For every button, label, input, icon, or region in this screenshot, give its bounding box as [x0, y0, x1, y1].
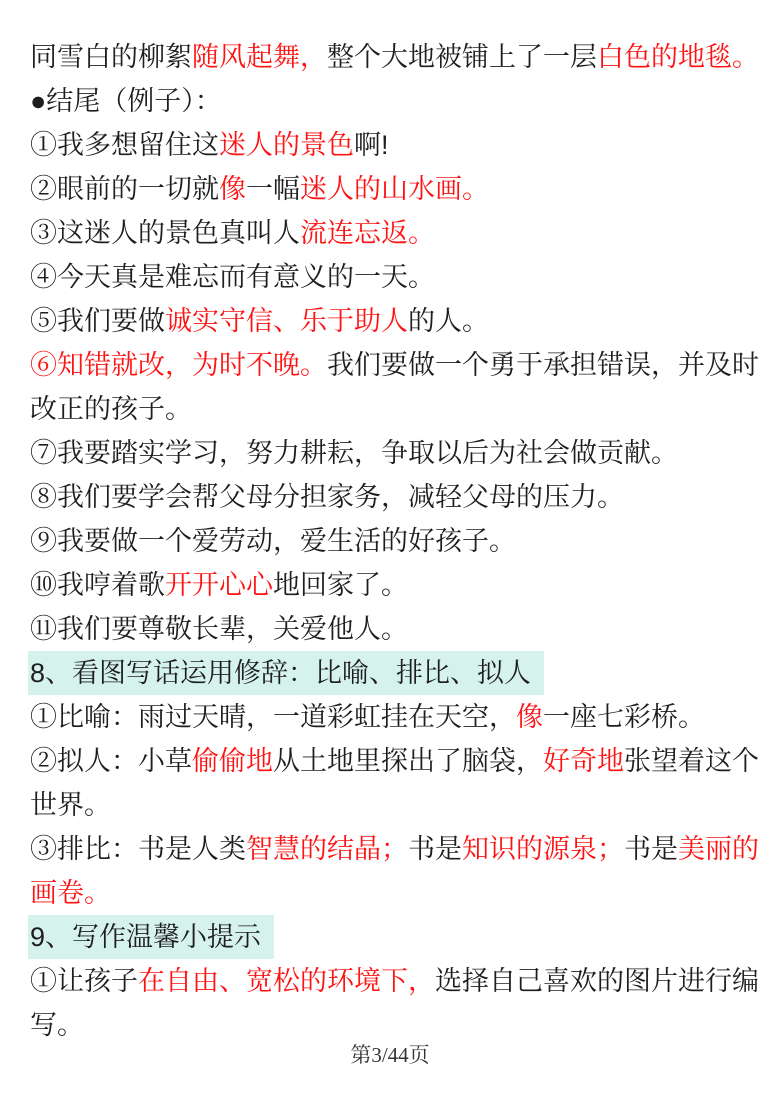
text-segment: 随风起舞，: [192, 42, 327, 72]
text-segment: 在自由、宽松的环境下，: [138, 966, 435, 996]
text-segment: 美丽的: [678, 834, 759, 864]
text-segment: ⑩我哼着歌: [30, 570, 165, 600]
text-line: ①让孩子在自由、宽松的环境下，选择自己喜欢的图片进行编: [30, 959, 770, 1003]
text-segment: 写。: [30, 1010, 84, 1040]
text-segment: 8、看图写话运用修辞：比喻、排比、拟人: [30, 658, 531, 688]
text-segment: 一座七彩桥。: [543, 702, 705, 732]
text-line: ③排比：书是人类智慧的结晶；书是知识的源泉；书是美丽的: [30, 827, 770, 871]
text-segment: ●结尾（例子）：: [30, 86, 222, 116]
text-segment: 好奇地: [543, 746, 624, 776]
text-segment: 像: [516, 702, 543, 732]
text-segment: ①比喻：雨过天晴，一道彩虹挂在天空，: [30, 702, 516, 732]
text-segment: 从土地里探出了脑袋，: [273, 746, 543, 776]
text-segment: 迷人的山水画。: [300, 174, 489, 204]
text-segment: 诚实守信、乐于助人: [165, 306, 408, 336]
text-line: ③这迷人的景色真叫人流连忘返。: [30, 211, 770, 255]
text-segment: 的人。: [408, 306, 489, 336]
text-segment: ①我多想留住这: [30, 130, 219, 160]
text-segment: 书是: [624, 834, 678, 864]
text-line: ⑪我们要尊敬长辈，关爱他人。: [30, 607, 770, 651]
text-segment: 改正的孩子。: [30, 394, 192, 424]
text-segment: 流连忘返。: [300, 218, 435, 248]
text-line: 写。: [30, 1003, 770, 1047]
text-line: ⑩我哼着歌开开心心地回家了。: [30, 563, 770, 607]
text-line: ⑥知错就改，为时不晚。我们要做一个勇于承担错误，并及时: [30, 343, 770, 387]
text-segment: 世界。: [30, 790, 111, 820]
heading-highlight: 9、写作温馨小提示: [28, 915, 274, 959]
text-line: ⑨我要做一个爱劳动，爱生活的好孩子。: [30, 519, 770, 563]
section-heading: 8、看图写话运用修辞：比喻、排比、拟人: [30, 651, 770, 695]
text-segment: 智慧的结晶；: [246, 834, 408, 864]
text-line: ⑤我们要做诚实守信、乐于助人的人。: [30, 299, 770, 343]
page-number: 第3/44页: [0, 1042, 780, 1068]
text-segment: 一幅: [246, 174, 300, 204]
document-page: 同雪白的柳絮随风起舞，整个大地被铺上了一层白色的地毯。●结尾（例子）：①我多想留…: [0, 0, 780, 1103]
text-segment: 9、写作温馨小提示: [30, 922, 261, 952]
text-segment: ⑦我要踏实学习，努力耕耘，争取以后为社会做贡献。: [30, 438, 678, 468]
text-segment: 开开心心: [165, 570, 273, 600]
text-line: ②眼前的一切就像一幅迷人的山水画。: [30, 167, 770, 211]
text-segment: 我们要做一个勇于承担错误，并及时: [327, 350, 759, 380]
text-segment: 像: [219, 174, 246, 204]
text-line: 同雪白的柳絮随风起舞，整个大地被铺上了一层白色的地毯。: [30, 35, 770, 79]
text-segment: ①让孩子: [30, 966, 138, 996]
text-segment: 整个大地被铺上了一层: [327, 42, 597, 72]
text-segment: 同雪白的柳絮: [30, 42, 192, 72]
text-segment: ②拟人：小草: [30, 746, 192, 776]
text-segment: ④今天真是难忘而有意义的一天。: [30, 262, 435, 292]
text-segment: 白色的地毯。: [597, 42, 759, 72]
text-segment: ⑨我要做一个爱劳动，爱生活的好孩子。: [30, 526, 516, 556]
text-segment: ⑪我们要尊敬长辈，关爱他人。: [30, 614, 408, 644]
text-segment: ③这迷人的景色真叫人: [30, 218, 300, 248]
text-segment: 知识的源泉；: [462, 834, 624, 864]
text-segment: 选择自己喜欢的图片进行编: [435, 966, 759, 996]
heading-highlight: 8、看图写话运用修辞：比喻、排比、拟人: [28, 651, 544, 695]
text-segment: 啊!: [354, 130, 389, 160]
text-segment: 地回家了。: [273, 570, 408, 600]
text-line: ⑧我们要学会帮父母分担家务，减轻父母的压力。: [30, 475, 770, 519]
text-segment: 迷人的景色: [219, 130, 354, 160]
text-line: 改正的孩子。: [30, 387, 770, 431]
text-line: ①比喻：雨过天晴，一道彩虹挂在天空，像一座七彩桥。: [30, 695, 770, 739]
text-line: ①我多想留住这迷人的景色啊!: [30, 123, 770, 167]
text-line: ④今天真是难忘而有意义的一天。: [30, 255, 770, 299]
document-content: 同雪白的柳絮随风起舞，整个大地被铺上了一层白色的地毯。●结尾（例子）：①我多想留…: [0, 0, 780, 1047]
section-heading: 9、写作温馨小提示: [30, 915, 770, 959]
text-segment: 张望着这个: [624, 746, 759, 776]
text-segment: ⑤我们要做: [30, 306, 165, 336]
text-segment: 偷偷地: [192, 746, 273, 776]
text-segment: 书是: [408, 834, 462, 864]
text-segment: 画卷。: [30, 878, 111, 908]
text-line: ②拟人：小草偷偷地从土地里探出了脑袋，好奇地张望着这个: [30, 739, 770, 783]
text-segment: ③排比：书是人类: [30, 834, 246, 864]
text-segment: ⑥知错就改，为时不晚。: [30, 350, 327, 380]
text-segment: ②眼前的一切就: [30, 174, 219, 204]
text-segment: ⑧我们要学会帮父母分担家务，减轻父母的压力。: [30, 482, 624, 512]
text-line: 世界。: [30, 783, 770, 827]
text-line: ●结尾（例子）：: [30, 79, 770, 123]
text-line: 画卷。: [30, 871, 770, 915]
text-line: ⑦我要踏实学习，努力耕耘，争取以后为社会做贡献。: [30, 431, 770, 475]
